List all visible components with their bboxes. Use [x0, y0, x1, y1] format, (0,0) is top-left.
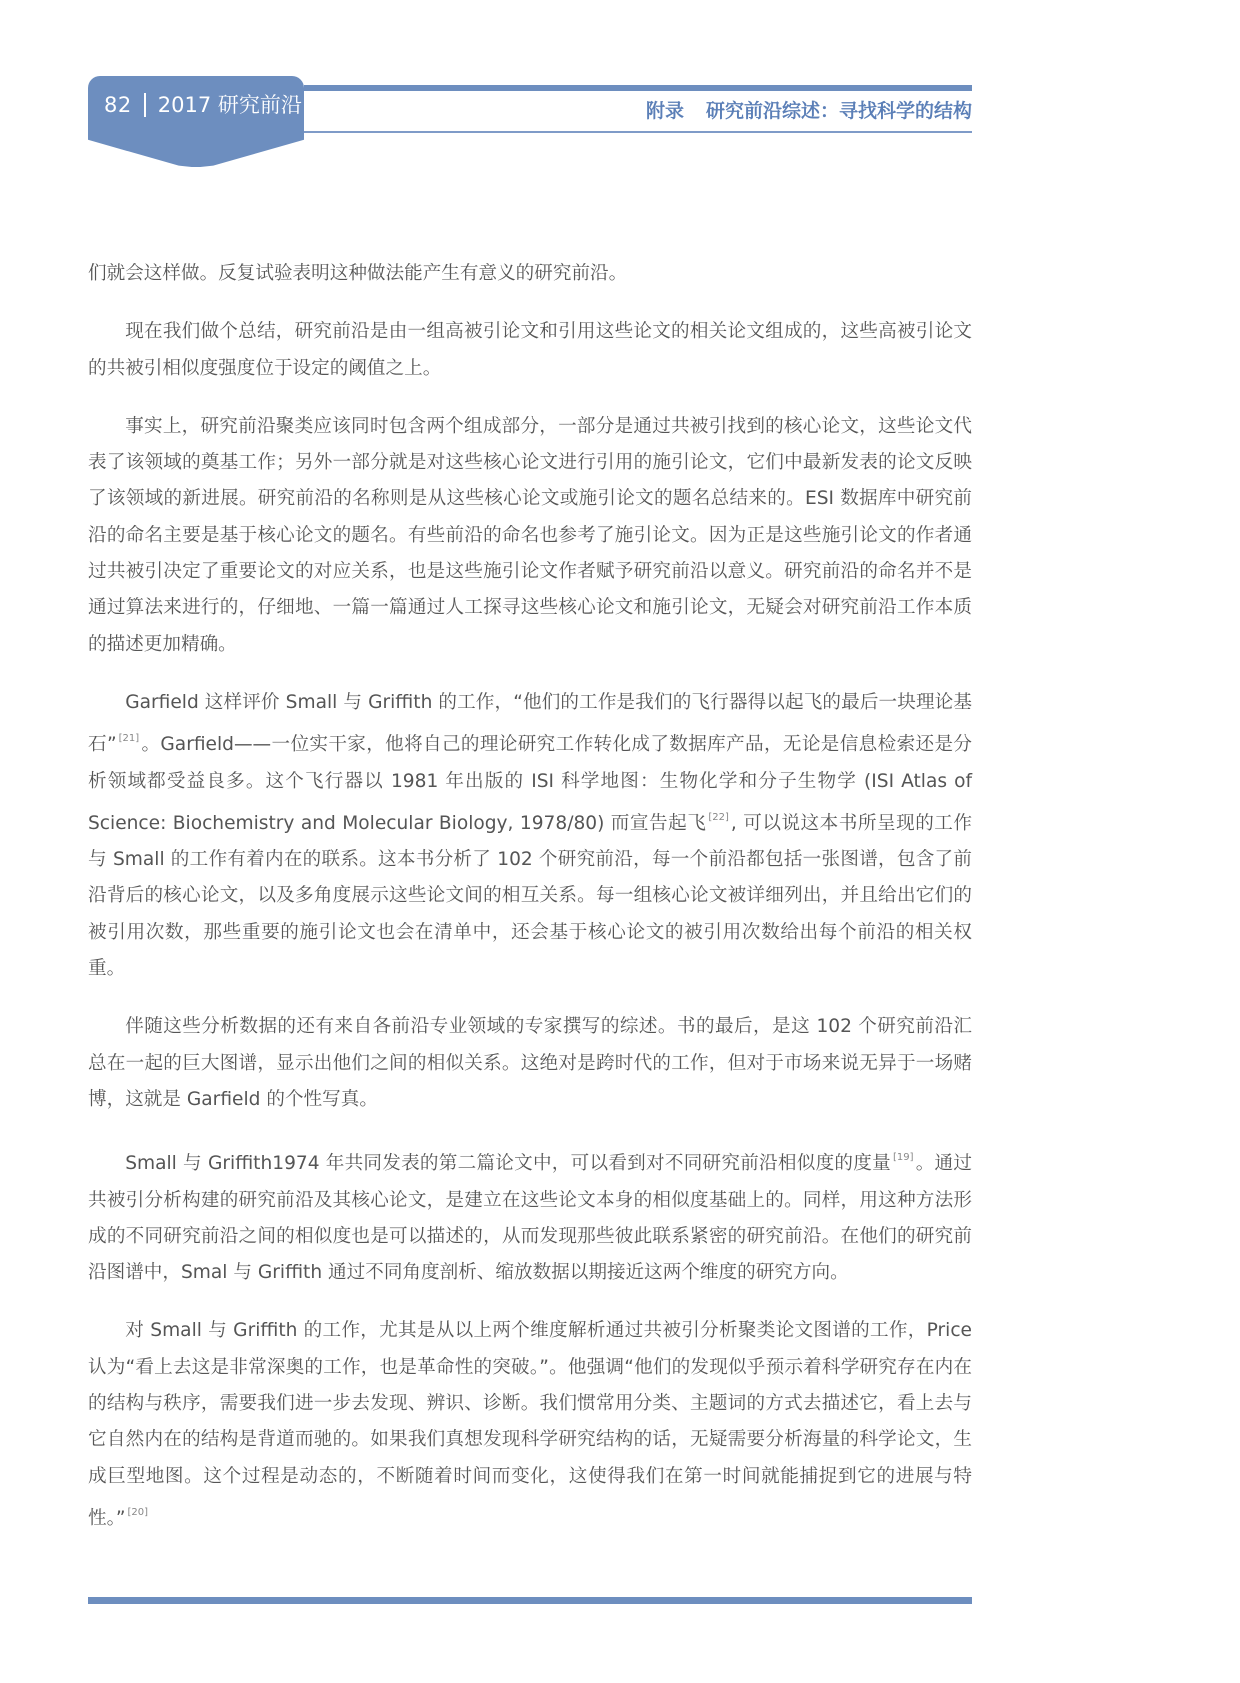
page-number: 82 [104, 76, 132, 134]
header-tab-pointer [88, 133, 304, 167]
citation-ref[interactable]: [21] [119, 733, 140, 744]
running-header: 附录研究前沿综述：寻找科学的结构 [646, 96, 972, 126]
paragraph: 伴随这些分析数据的还有来自各前沿专业领域的专家撰写的综述。书的最后，是这 102… [88, 1009, 972, 1118]
book-title: 2017 研究前沿 [158, 76, 302, 134]
citation-ref[interactable]: [22] [708, 812, 729, 823]
paragraph-text: , 可以说这本书所呈现的工作与 Small 的工作有着内在的联系。这本书分析了 … [88, 813, 972, 979]
paragraph-text: 对 Small 与 Griffith 的工作，尤其是从以上两个维度解析通过共被引… [88, 1320, 972, 1528]
paragraph: 现在我们做个总结，研究前沿是由一组高被引论文和引用这些论文的相关论文组成的，这些… [88, 314, 972, 387]
footer-rule [88, 1597, 972, 1604]
paragraph-text: Small 与 Griffith1974 年共同发表的第二篇论文中，可以看到对不… [125, 1153, 891, 1174]
paragraph: Small 与 Griffith1974 年共同发表的第二篇论文中，可以看到对不… [88, 1140, 972, 1291]
section-label: 附录 [646, 100, 684, 122]
paragraph: Garfield 这样评价 Small 与 Griffith 的工作，“他们的工… [88, 685, 972, 987]
page-header-tab: 82 2017 研究前沿 [88, 76, 304, 134]
paragraph: 们就会这样做。反复试验表明这种做法能产生有意义的研究前沿。 [88, 256, 972, 292]
header-rule-bottom [304, 131, 972, 133]
paragraph: 对 Small 与 Griffith 的工作，尤其是从以上两个维度解析通过共被引… [88, 1313, 972, 1537]
header-divider [144, 93, 146, 117]
citation-ref[interactable]: [20] [128, 1507, 149, 1518]
chapter-title: 研究前沿综述：寻找科学的结构 [706, 100, 972, 122]
paragraph: 事实上，研究前沿聚类应该同时包含两个组成部分，一部分是通过共被引找到的核心论文，… [88, 409, 972, 663]
body-text: 们就会这样做。反复试验表明这种做法能产生有意义的研究前沿。 现在我们做个总结，研… [88, 256, 972, 1559]
citation-ref[interactable]: [19] [893, 1152, 914, 1163]
header-rule-top [304, 85, 972, 91]
